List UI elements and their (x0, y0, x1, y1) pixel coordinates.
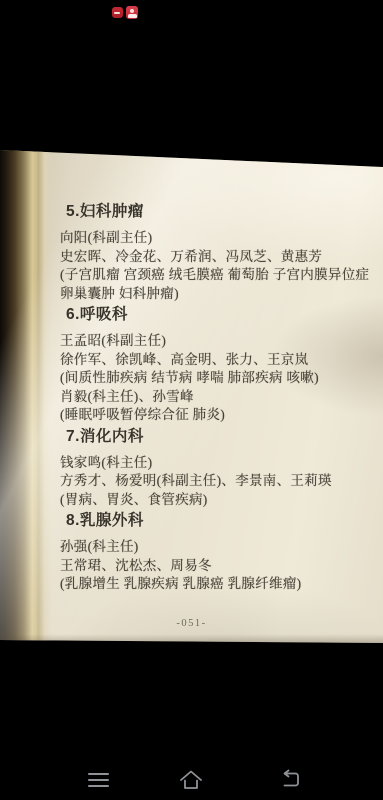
doctor-line: 向阳(科副主任) (60, 229, 373, 248)
doctor-line: 史宏晖、冷金花、万希润、冯凤芝、黄惠芳 (60, 248, 373, 267)
home-icon[interactable] (178, 767, 204, 793)
section-breast-surgery: 8.乳腺外科 孙强(科主任) 王常珺、沈松杰、周易冬 (乳腺增生 乳腺疾病 乳腺… (60, 511, 373, 594)
doctor-line: 徐作军、徐凯峰、高金明、张力、王京岚 (60, 351, 373, 370)
book-page-photo: 5.妇科肿瘤 向阳(科副主任) 史宏晖、冷金花、万希润、冯凤芝、黄惠芳 (子宫肌… (0, 148, 383, 644)
disease-line: (睡眠呼吸暂停综合征 肺炎) (60, 406, 373, 425)
menu-icon[interactable] (85, 767, 111, 793)
disease-line: 卵巢囊肿 妇科肿瘤) (60, 285, 373, 304)
section-respiratory: 6.呼吸科 王孟昭(科副主任) 徐作军、徐凯峰、高金明、张力、王京岚 (间质性肺… (60, 305, 373, 425)
red-badge-icon[interactable] (112, 7, 123, 18)
phone-screen: 5.妇科肿瘤 向阳(科副主任) 史宏晖、冷金花、万希润、冯凤芝、黄惠芳 (子宫肌… (0, 0, 383, 800)
doctor-line: 肖毅(科主任)、孙雪峰 (60, 388, 373, 407)
disease-line: (子宫肌瘤 宫颈癌 绒毛膜癌 葡萄胎 子宫内膜异位症 (60, 266, 373, 285)
section-heading: 6.呼吸科 (66, 305, 373, 324)
doctor-line: 钱家鸣(科主任) (60, 454, 373, 473)
section-heading: 8.乳腺外科 (66, 511, 373, 530)
doctor-line: 王孟昭(科副主任) (60, 332, 373, 351)
doctor-line: 王常珺、沈松杰、周易冬 (60, 557, 373, 576)
doctor-line: 孙强(科主任) (60, 538, 373, 557)
section-heading: 5.妇科肿瘤 (66, 202, 373, 221)
disease-line: (胃病、胃炎、食管疾病) (60, 491, 373, 510)
section-gynecologic-oncology: 5.妇科肿瘤 向阳(科副主任) 史宏晖、冷金花、万希润、冯凤芝、黄惠芳 (子宫肌… (60, 202, 373, 303)
back-icon[interactable] (277, 767, 303, 793)
section-heading: 7.消化内科 (66, 427, 373, 446)
disease-line: (间质性肺疾病 结节病 哮喘 肺部疾病 咳嗽) (60, 369, 373, 388)
section-gastroenterology: 7.消化内科 钱家鸣(科主任) 方秀才、杨爱明(科副主任)、李景南、王莉瑛 (胃… (60, 427, 373, 510)
disease-line: (乳腺增生 乳腺疾病 乳腺癌 乳腺纤维瘤) (60, 575, 373, 594)
doctor-line: 方秀才、杨爱明(科副主任)、李景南、王莉瑛 (60, 472, 373, 491)
android-nav-bar (0, 748, 383, 800)
page-number: -051- (0, 618, 383, 629)
page-content: 5.妇科肿瘤 向阳(科副主任) 史宏晖、冷金花、万希润、冯凤芝、黄惠芳 (子宫肌… (0, 148, 383, 644)
red-flower-badge-icon[interactable] (126, 6, 138, 19)
